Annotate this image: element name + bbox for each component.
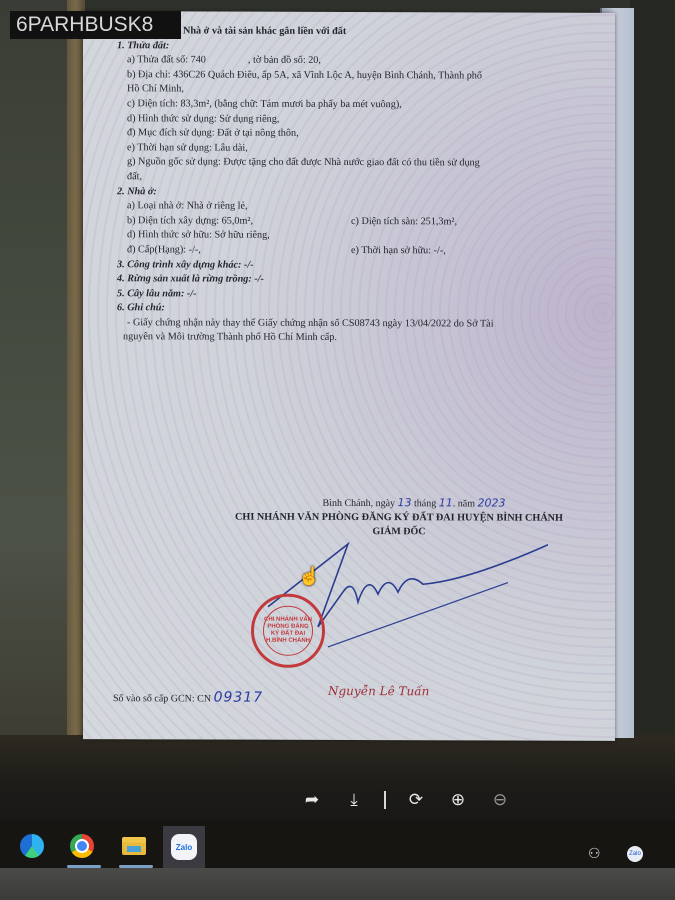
taskbar-chrome[interactable]	[64, 828, 100, 864]
toolbar-divider	[384, 791, 386, 809]
house-grade: đ) Cấp(Hạng): -/-,	[127, 243, 351, 258]
zoom-in-button[interactable]: ⊕	[446, 788, 470, 812]
issue-day: 13	[398, 496, 412, 509]
tray-zalo-icon[interactable]: Zalo	[627, 846, 643, 862]
zoom-out-icon: ⊖	[493, 790, 507, 810]
house-grade-row: đ) Cấp(Hạng): -/-, e) Thời hạn sở hữu: -…	[113, 243, 613, 259]
share-button[interactable]: ➦	[300, 788, 324, 812]
edge-icon	[20, 834, 44, 858]
taskbar-file-explorer[interactable]	[116, 828, 152, 864]
chrome-icon	[70, 834, 94, 858]
section-5: 5. Cây lâu năm: -/-	[113, 287, 613, 303]
issue-place: Bình Chánh, ngày	[323, 498, 398, 509]
background-wall	[0, 0, 75, 760]
section-title: Nhà ở và tài sản khác gắn liền với đất	[113, 24, 613, 40]
rotate-icon: ⟳	[409, 790, 423, 810]
land-plot-number: a) Thửa đất số: 740, tờ bản đồ số: 20,	[113, 53, 613, 69]
zalo-icon: Zalo	[171, 834, 197, 860]
gcn-registry: Số vào sổ cấp GCN: CN 09317	[113, 689, 263, 706]
issue-month: 11	[439, 496, 453, 509]
official-red-stamp: CHI NHÁNH VĂN PHÒNG ĐĂNG KÝ ĐẤT ĐAI H.BÌ…	[251, 594, 325, 668]
month-label: tháng	[412, 498, 439, 509]
background-right	[630, 0, 675, 810]
building-area: b) Diện tích xây dựng: 65,0m²,	[127, 214, 351, 229]
plot-number: a) Thửa đất số: 740	[127, 54, 206, 65]
hand-cursor-icon: ☝	[298, 566, 320, 587]
floor-area: c) Diện tích sàn: 251,3m²,	[351, 215, 457, 230]
map-sheet-number: , tờ bản đồ số: 20,	[248, 55, 321, 66]
image-viewer-toolbar: ➦ ⤓ ⟳ ⊕ ⊖	[300, 788, 512, 812]
taskbar-edge[interactable]	[14, 828, 50, 864]
gcn-number: 09317	[214, 690, 264, 706]
land-area: c) Diện tích: 83,3m², (bằng chữ: Tám mươ…	[113, 97, 613, 113]
land-address: b) Địa chỉ: 436C26 Quách Điêu, ấp 5A, xã…	[113, 68, 613, 84]
usage-purpose: đ) Mục đích sử dụng: Đất ở tại nông thôn…	[113, 126, 613, 142]
rotate-button[interactable]: ⟳	[404, 788, 428, 812]
issue-year: 2023	[477, 496, 505, 509]
monitor-bezel	[0, 868, 675, 900]
year-label: . năm	[453, 498, 478, 509]
document-body: Nhà ở và tài sản khác gắn liền với đất 1…	[113, 25, 613, 347]
taskbar-zalo[interactable]: Zalo	[163, 826, 205, 868]
zoom-out-button[interactable]: ⊖	[488, 788, 512, 812]
stamp-text: CHI NHÁNH VĂN PHÒNG ĐĂNG KÝ ĐẤT ĐAI H.BÌ…	[263, 606, 313, 656]
windows-taskbar	[0, 820, 675, 868]
people-icon[interactable]: ⚇	[588, 846, 601, 862]
download-button[interactable]: ⤓	[342, 788, 366, 812]
note-line-2: nguyên và Môi trường Thành phố Hồ Chí Mi…	[113, 331, 613, 347]
watermark-tag: 6PARHBUSK8	[10, 11, 181, 39]
folder-icon	[122, 837, 146, 855]
section-4: 4. Rừng sản xuất là rừng trồng: -/-	[113, 272, 613, 288]
ownership-term: e) Thời hạn sở hữu: -/-,	[351, 244, 446, 259]
usage-origin: g) Nguồn gốc sử dụng: Được tặng cho đất …	[113, 156, 613, 172]
download-icon: ⤓	[350, 790, 358, 810]
share-icon: ➦	[305, 790, 319, 810]
signer-name: Nguyễn Lê Tuấn	[328, 684, 429, 698]
document-page: Nhà ở và tài sản khác gắn liền với đất 1…	[83, 11, 615, 741]
gcn-label: Số vào sổ cấp GCN: CN	[113, 693, 214, 704]
zoom-in-icon: ⊕	[451, 790, 465, 810]
